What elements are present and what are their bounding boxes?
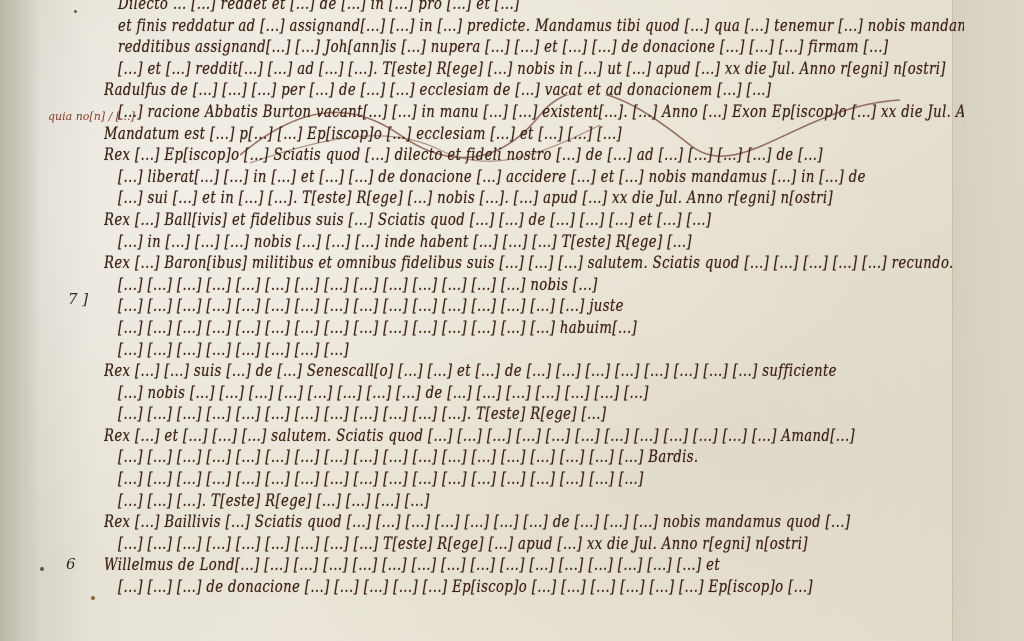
parchment-edge [0, 0, 40, 641]
manuscript-page: quia no[n] / [...] 7 ] 6 Dilecto ... [..… [0, 0, 1024, 641]
margin-note-3: 6 [66, 555, 76, 573]
ink-dot [74, 10, 77, 13]
text-line: [...] [...] [...] de donacione [...] [..… [104, 574, 964, 601]
manuscript-text: Dilecto ... [...] reddet et [...] de [..… [104, 0, 964, 599]
ink-dot [91, 596, 95, 600]
margin-note-2: 7 ] [68, 290, 88, 308]
ink-dot [40, 567, 44, 571]
